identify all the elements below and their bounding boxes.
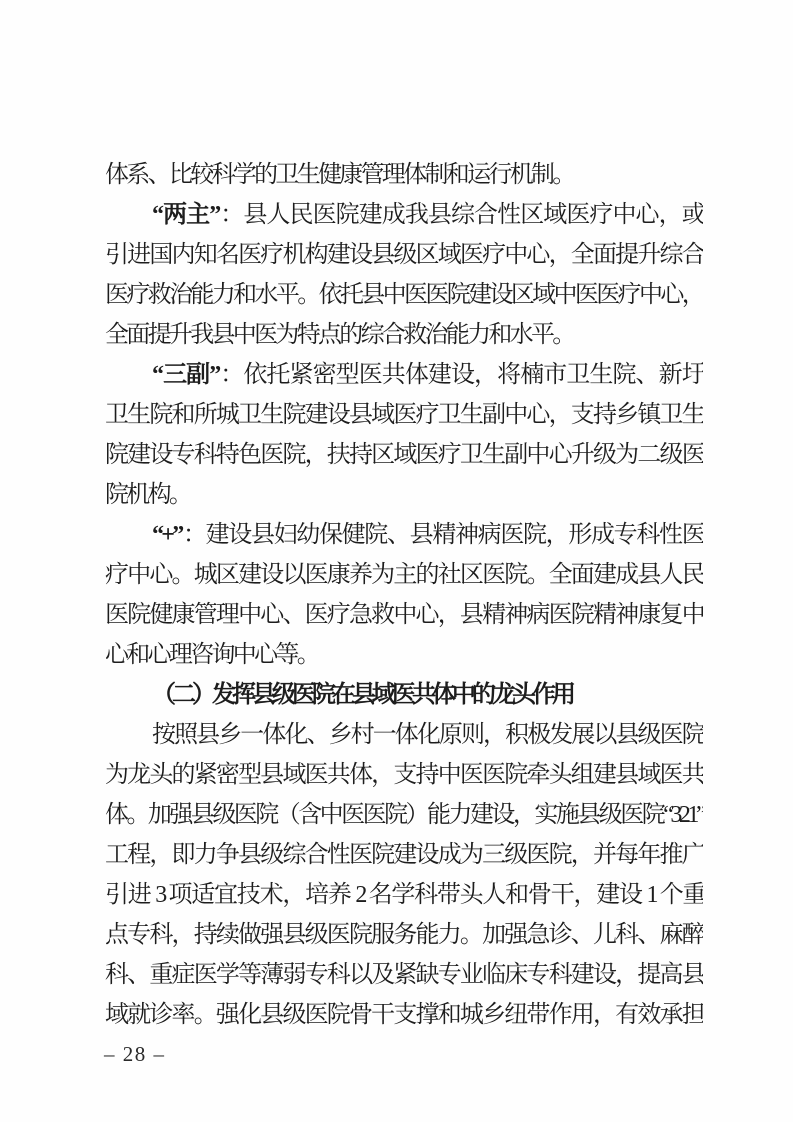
line-text: 疗中心。城区建设以医康养为主的社区医院。全面建成县人民	[105, 562, 703, 588]
text-line: 疗中心。城区建设以医康养为主的社区医院。全面建成县人民	[105, 555, 703, 595]
line-text: 心和心理咨询中心等。	[105, 642, 318, 668]
section-heading: （二）发挥县级医院在县域医共体中的龙头作用	[105, 675, 703, 715]
line-text: 卫生院和所城卫生院建设县域医疗卫生副中心，支持乡镇卫生	[105, 402, 703, 428]
text-line: 心和心理咨询中心等。	[105, 635, 703, 675]
text-line: 院建设专科特色医院，扶持区域医疗卫生副中心升级为二级医	[105, 435, 703, 475]
document-page: 体系、比较科学的卫生健康管理体制和运行机制。 “两主”：县人民医院建成我县综合性…	[0, 0, 793, 1122]
text-line: “三副”：依托紧密型医共体建设，将楠市卫生院、新圩	[105, 355, 703, 395]
line-text: 体系、比较科学的卫生健康管理体制和运行机制。	[105, 162, 574, 188]
line-text: 按照县乡一体化、乡村一体化原则，积极发展以县级医院	[152, 722, 703, 748]
text-line: 院机构。	[105, 475, 703, 515]
text-line: 点专科，持续做强县级医院服务能力。加强急诊、儿科、麻醉	[105, 915, 703, 955]
line-text: 体。加强县级医院（含中医医院）能力建设，实施县级医院“321”	[105, 802, 703, 828]
line-text: 引进国内知名医疗机构建设县级区域医疗中心，全面提升综合	[105, 242, 703, 268]
line-text: ：依托紧密型医共体建设，将楠市卫生院、新圩	[219, 362, 703, 388]
line-text: 院机构。	[105, 482, 190, 508]
text-line: 体。加强县级医院（含中医医院）能力建设，实施县级医院“321”	[105, 795, 703, 835]
text-line: 引进国内知名医疗机构建设县级区域医疗中心，全面提升综合	[105, 235, 703, 275]
text-line: 全面提升我县中医为特点的综合救治能力和水平。	[105, 315, 703, 355]
line-text: 科、重症医学等薄弱专科以及紧缺专业临床专科建设，提高县	[105, 962, 703, 988]
text-line: 医院健康管理中心、医疗急救中心，县精神病医院精神康复中	[105, 595, 703, 635]
text-line: 体系、比较科学的卫生健康管理体制和运行机制。	[105, 155, 703, 195]
line-text: 域就诊率。强化县级医院骨干支撑和城乡纽带作用，有效承担	[105, 1002, 703, 1028]
bold-keyword: “两主”	[152, 202, 219, 228]
line-text: 医院健康管理中心、医疗急救中心，县精神病医院精神康复中	[105, 602, 703, 628]
line-text: 点专科，持续做强县级医院服务能力。加强急诊、儿科、麻醉	[105, 922, 703, 948]
line-text: 为龙头的紧密型县域医共体，支持中医医院牵头组建县域医共	[105, 762, 703, 788]
text-line: 医疗救治能力和水平。依托县中医医院建设区域中医医疗中心，	[105, 275, 703, 315]
line-text: 引进 3 项适宜技术，培养 2 名学科带头人和骨干，建设 1 个重	[105, 882, 703, 908]
line-text: 医疗救治能力和水平。依托县中医医院建设区域中医医疗中心，	[105, 282, 703, 308]
bold-keyword: “三副”	[152, 362, 219, 388]
line-text: 工程，即力争县级综合性医院建设成为三级医院，并每年推广	[105, 842, 703, 868]
line-text: ：县人民医院建成我县综合性区域医疗中心，或	[219, 202, 703, 228]
heading-text: （二）发挥县级医院在县域医共体中的龙头作用	[152, 682, 572, 708]
text-line: “+”：建设县妇幼保健院、县精神病医院，形成专科性医	[105, 515, 703, 555]
text-line: 为龙头的紧密型县域医共体，支持中医医院牵头组建县域医共	[105, 755, 703, 795]
page-number: – 28 –	[104, 1042, 166, 1067]
text-line: “两主”：县人民医院建成我县综合性区域医疗中心，或	[105, 195, 703, 235]
document-body: 体系、比较科学的卫生健康管理体制和运行机制。 “两主”：县人民医院建成我县综合性…	[105, 155, 703, 1035]
text-line: 科、重症医学等薄弱专科以及紧缺专业临床专科建设，提高县	[105, 955, 703, 995]
line-text: 全面提升我县中医为特点的综合救治能力和水平。	[105, 322, 574, 348]
text-line: 域就诊率。强化县级医院骨干支撑和城乡纽带作用，有效承担	[105, 995, 703, 1035]
text-line: 工程，即力争县级综合性医院建设成为三级医院，并每年推广	[105, 835, 703, 875]
text-line: 引进 3 项适宜技术，培养 2 名学科带头人和骨干，建设 1 个重	[105, 875, 703, 915]
line-text: ：建设县妇幼保健院、县精神病医院，形成专科性医	[182, 522, 703, 548]
bold-keyword: “+”	[152, 522, 182, 548]
text-line: 按照县乡一体化、乡村一体化原则，积极发展以县级医院	[105, 715, 703, 755]
text-line: 卫生院和所城卫生院建设县域医疗卫生副中心，支持乡镇卫生	[105, 395, 703, 435]
line-text: 院建设专科特色医院，扶持区域医疗卫生副中心升级为二级医	[105, 442, 703, 468]
